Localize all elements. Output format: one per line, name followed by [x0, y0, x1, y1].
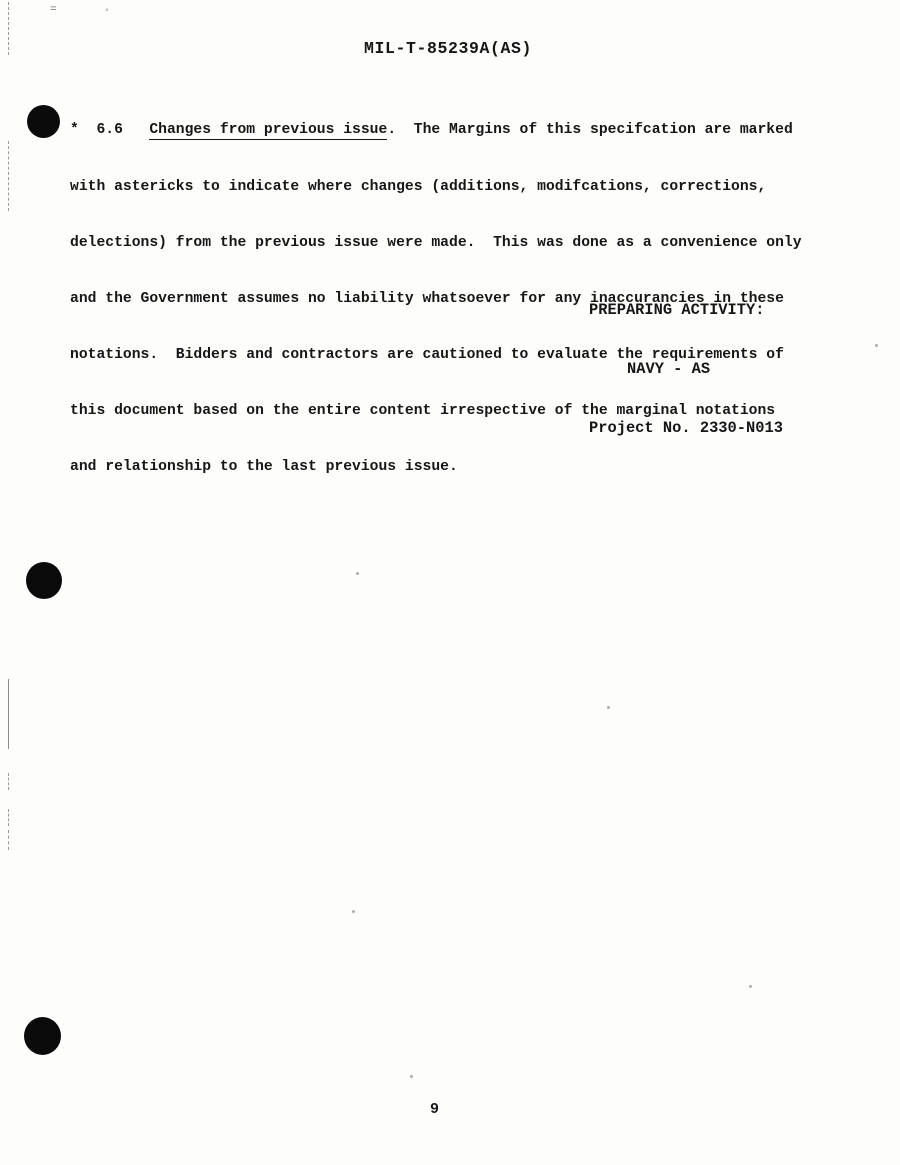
- page-number: 9: [430, 1101, 439, 1118]
- scan-speck: [352, 910, 355, 913]
- scan-edge-line: [8, 830, 9, 850]
- scan-speck: [607, 706, 610, 709]
- section-marker-and-number: * 6.6: [70, 122, 149, 138]
- hole-punch-mark: [26, 562, 62, 599]
- preparing-activity-title: PREPARING ACTIVITY:: [589, 301, 783, 321]
- document-id-header: MIL-T-85239A(AS): [364, 39, 532, 58]
- preparing-activity-project: Project No. 2330-N013: [589, 419, 783, 439]
- scan-edge-line: [8, 2, 9, 55]
- scan-speck: [875, 344, 878, 347]
- scan-edge-line: [8, 679, 9, 749]
- preparing-activity-block: PREPARING ACTIVITY: NAVY - AS Project No…: [589, 262, 783, 478]
- paragraph-line-1: * 6.6 Changes from previous issue. The M…: [70, 121, 802, 140]
- scan-speck: [410, 1075, 413, 1078]
- document-page: = ◦ MIL-T-85239A(AS) * 6.6 Changes from …: [0, 0, 900, 1165]
- scan-artifact-equals: =: [50, 4, 57, 16]
- scan-edge-line: [8, 773, 9, 790]
- section-heading-underlined: Changes from previous issue: [149, 122, 387, 140]
- hole-punch-mark: [24, 1017, 61, 1055]
- scan-speck: [749, 985, 752, 988]
- paragraph-line-3: delections) from the previous issue were…: [70, 234, 802, 253]
- scan-edge-line: [8, 809, 9, 826]
- paragraph-line-1-rest: . The Margins of this specifcation are m…: [387, 122, 792, 138]
- scan-artifact-ring: ◦: [104, 6, 110, 17]
- scan-speck: [356, 572, 359, 575]
- hole-punch-mark: [27, 105, 60, 138]
- paragraph-line-2: with astericks to indicate where changes…: [70, 178, 802, 197]
- preparing-activity-org: NAVY - AS: [589, 360, 783, 380]
- scan-edge-line: [8, 141, 9, 211]
